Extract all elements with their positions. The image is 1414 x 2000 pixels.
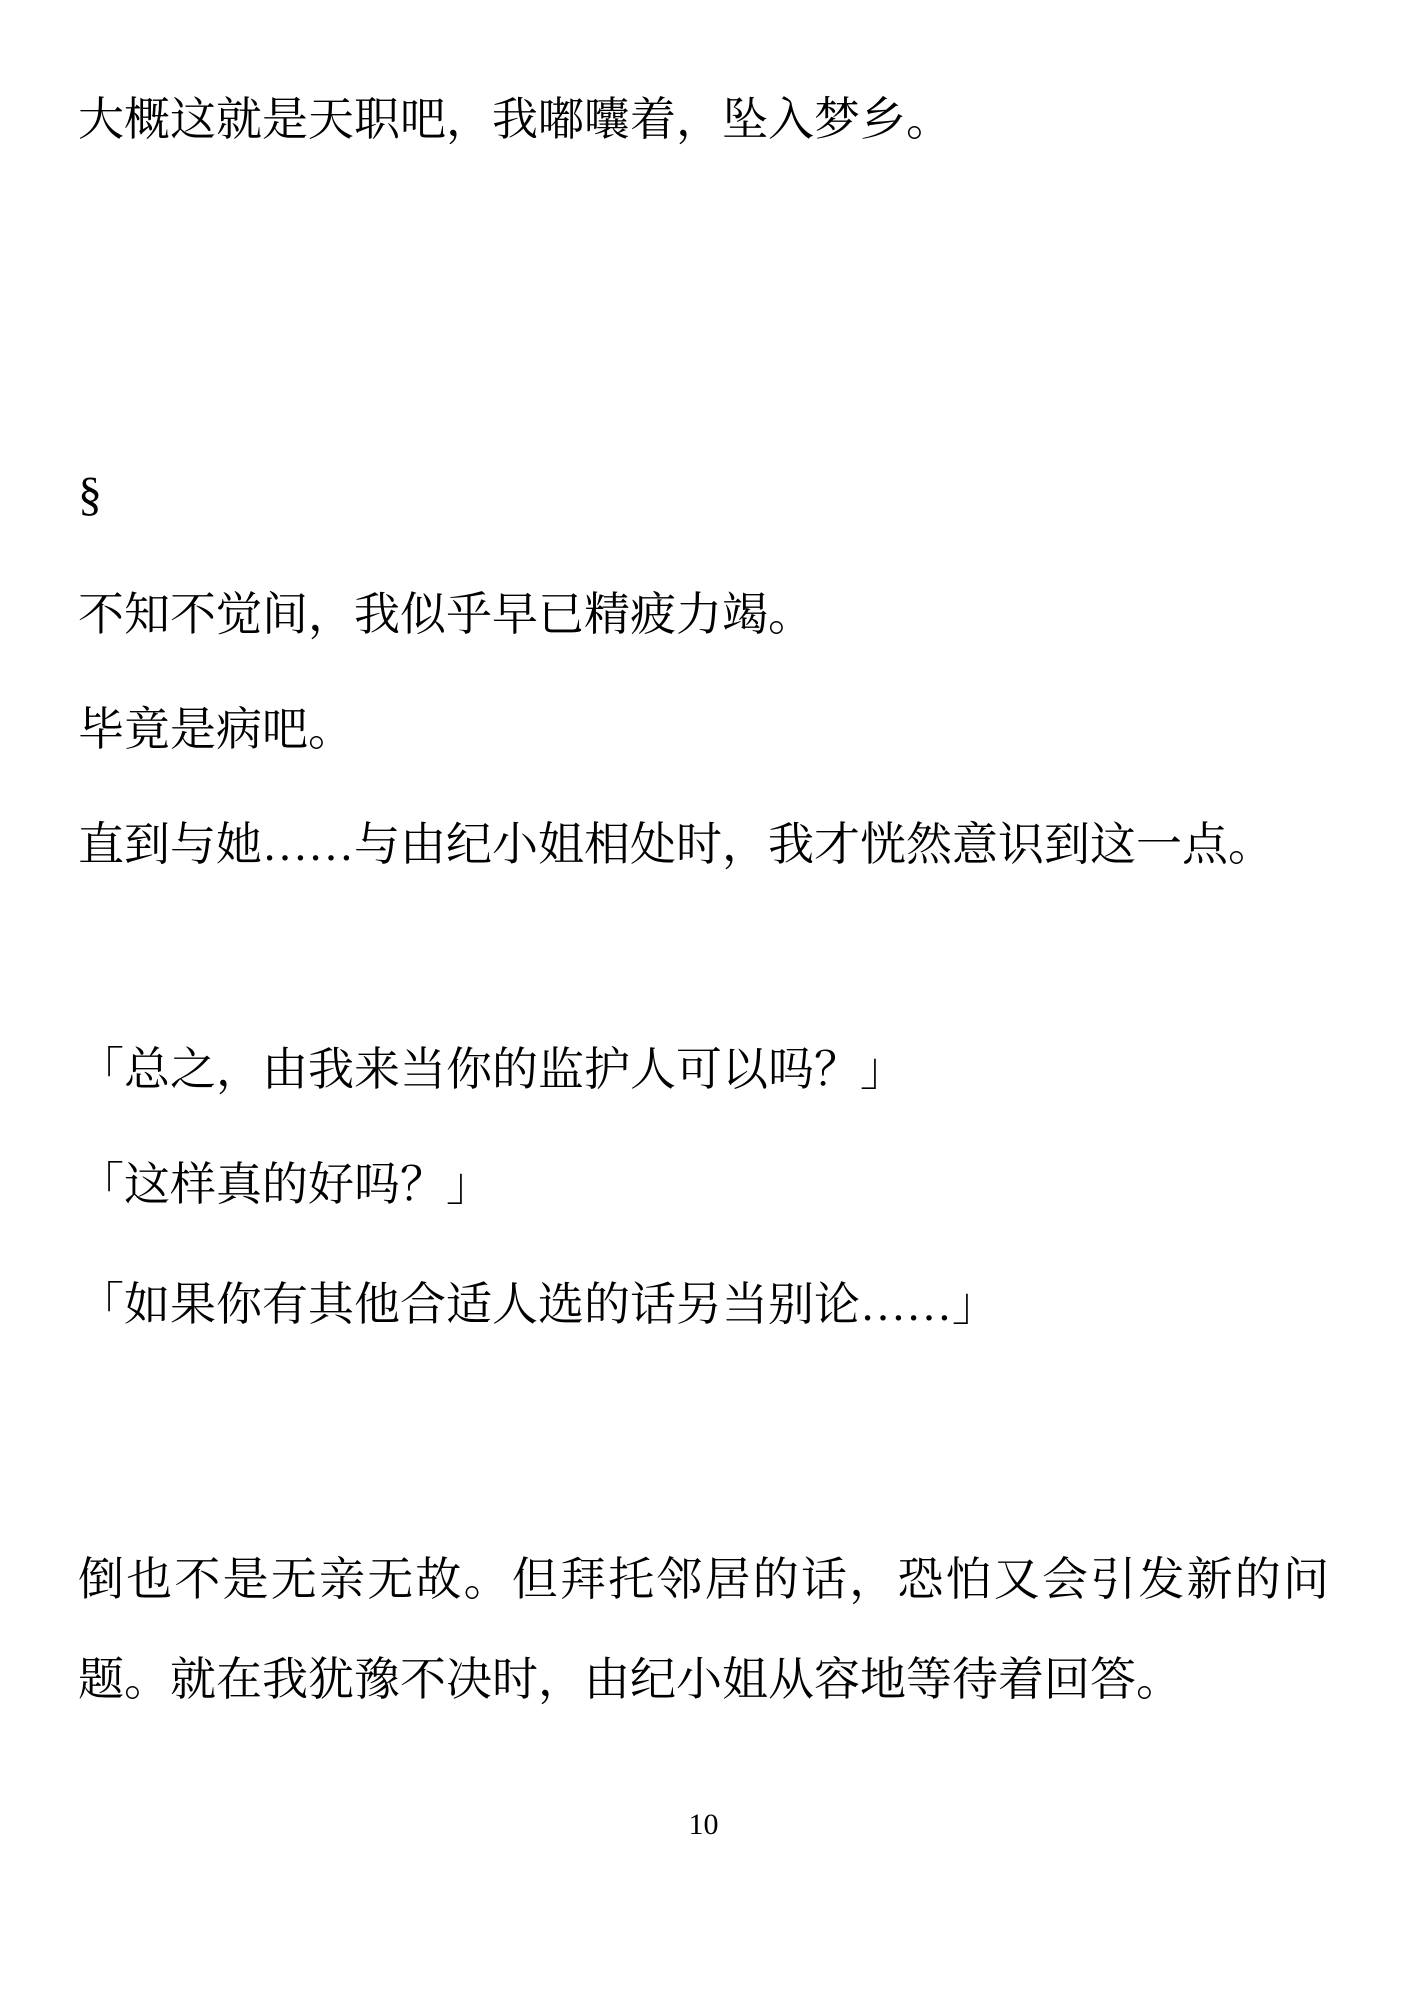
section-break-marker: § [78,445,1329,545]
paragraph-narration-1: 大概这就是天职吧，我嘟囔着，坠入梦乡。 [78,70,1329,170]
document-page: 大概这就是天职吧，我嘟囔着，坠入梦乡。 § 不知不觉间，我似乎早已精疲力竭。 毕… [0,0,1414,2000]
paragraph-narration-4: 直到与她……与由纪小姐相处时，我才恍然意识到这一点。 [78,795,1329,895]
dialogue-line-1: 「总之，由我来当你的监护人可以吗？」 [78,1020,1329,1120]
page-number: 10 [78,1805,1329,1845]
paragraph-narration-2: 不知不觉间，我似乎早已精疲力竭。 [78,565,1329,665]
dialogue-line-2: 「这样真的好吗？」 [78,1135,1329,1235]
paragraph-narration-5-line-2: 题。就在我犹豫不决时，由纪小姐从容地等待着回答。 [78,1630,1329,1730]
dialogue-line-3: 「如果你有其他合适人选的话另当别论……」 [78,1255,1329,1355]
paragraph-narration-5: 倒也不是无亲无故。但拜托邻居的话，恐怕又会引发新的问 题。就在我犹豫不决时，由纪… [78,1530,1329,1730]
paragraph-narration-5-line-1: 倒也不是无亲无故。但拜托邻居的话，恐怕又会引发新的问 [78,1530,1329,1630]
paragraph-narration-3: 毕竟是病吧。 [78,680,1329,780]
